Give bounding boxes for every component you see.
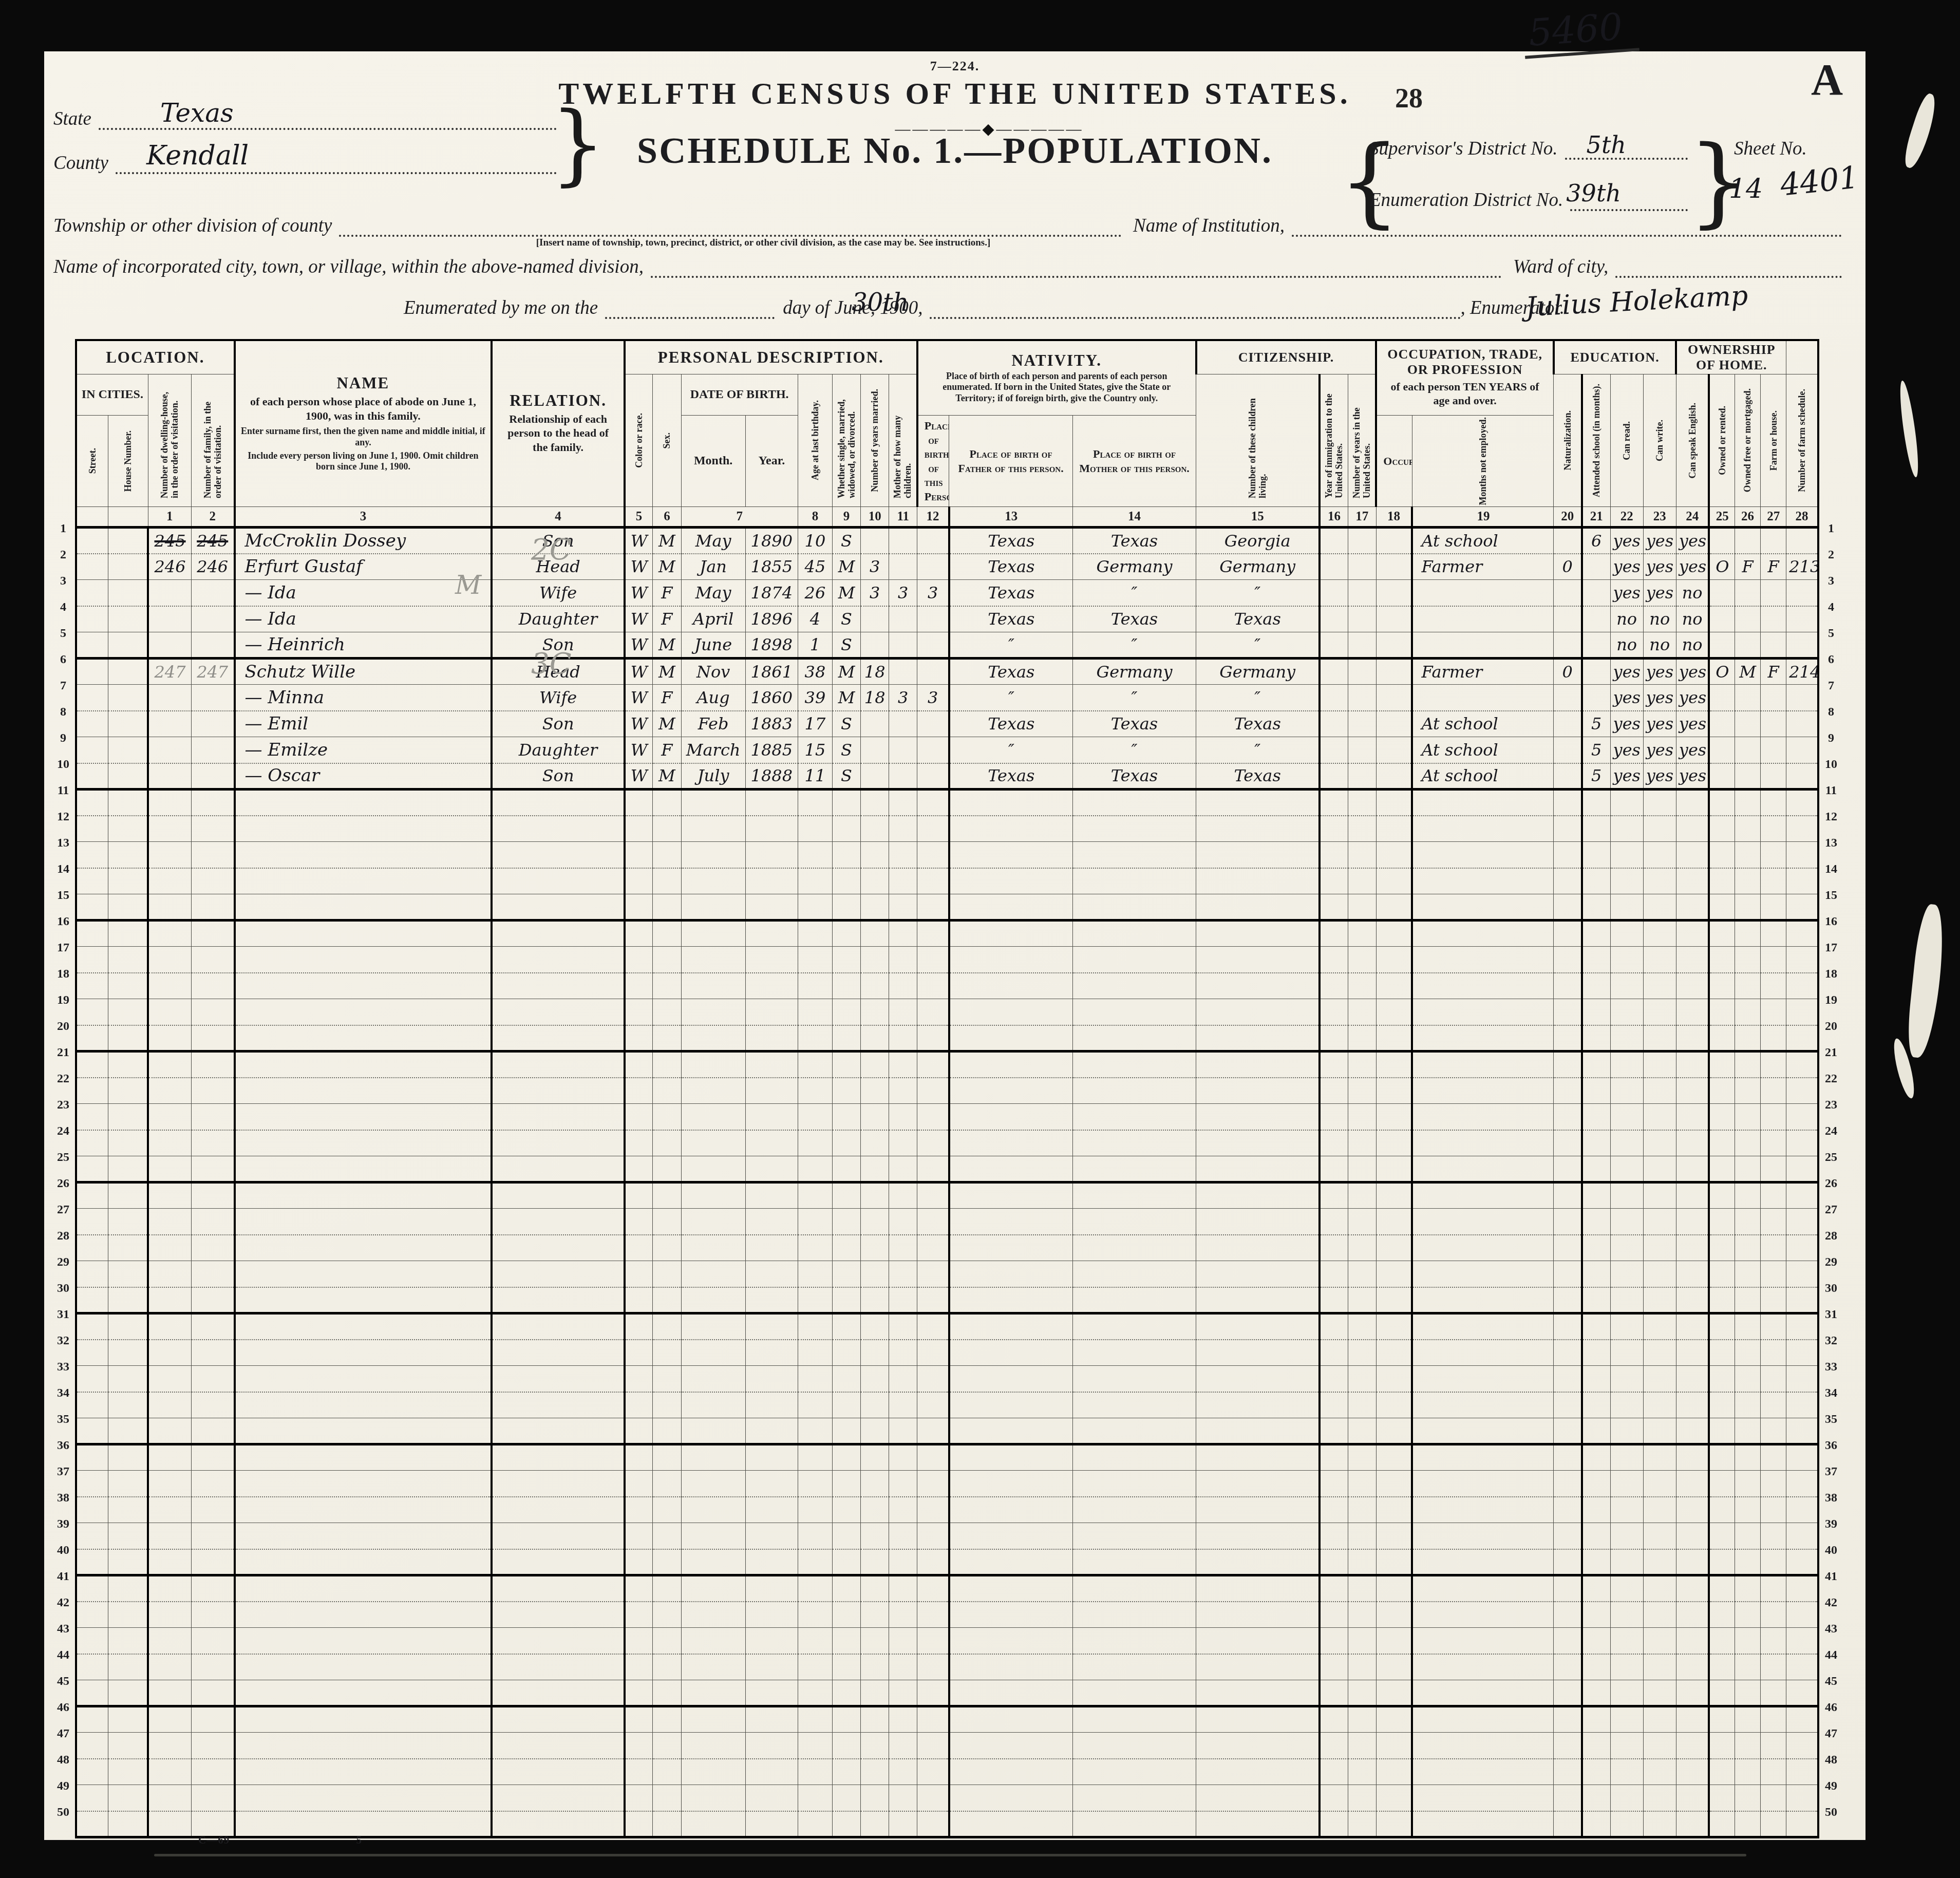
cell-birthplace: ″ <box>949 685 1072 711</box>
cell-farm-house <box>1761 1628 1786 1654</box>
row-number: 15 <box>51 882 75 909</box>
cell-year <box>745 1313 798 1340</box>
cell-immigration <box>1320 1366 1348 1392</box>
cell-children-living <box>917 1078 949 1104</box>
cell-free-mortgaged <box>1735 790 1761 816</box>
cell-birthplace <box>949 999 1072 1025</box>
cell-mother-children <box>889 1471 917 1497</box>
cell-months-not-employed <box>1554 1733 1582 1759</box>
cell-sex: M <box>653 632 681 659</box>
row-number: 33 <box>51 1354 75 1380</box>
cell-year <box>745 1418 798 1444</box>
row-number: 24 <box>1819 1118 1843 1144</box>
cell-marital <box>832 921 860 947</box>
cell-can-speak: yes <box>1676 554 1709 580</box>
handwritten-entry: ″ <box>1008 740 1014 760</box>
cell-can-read <box>1610 1733 1643 1759</box>
cell-months-not-employed <box>1554 1759 1582 1785</box>
cell-marital <box>832 999 860 1025</box>
cell-father-birthplace <box>1072 1313 1196 1340</box>
cell-naturalization <box>1376 790 1412 816</box>
cell-months-not-employed <box>1554 1497 1582 1523</box>
cell-year <box>745 1182 798 1209</box>
cell-sex <box>653 1261 681 1287</box>
handwritten-entry: May <box>695 531 731 551</box>
cell-immigration <box>1320 1497 1348 1523</box>
cell-family <box>191 737 234 763</box>
cell-years-married <box>861 1418 889 1444</box>
cell-color <box>625 1785 653 1811</box>
cell-year: 1883 <box>745 711 798 737</box>
cell-can-write <box>1643 842 1676 868</box>
handwritten-entry: no <box>1682 635 1703 654</box>
form-number: 7—224. <box>44 59 1865 74</box>
cell-owned-rented <box>1709 1680 1735 1706</box>
cell-color <box>625 1235 653 1261</box>
cell-family <box>191 1602 234 1628</box>
cell-owned-rented <box>1709 1628 1735 1654</box>
cell-relation: Wife <box>492 685 624 711</box>
cell-immigration <box>1320 973 1348 999</box>
cell-street <box>76 1261 108 1287</box>
cell-house <box>108 580 148 606</box>
cell-naturalization <box>1376 1706 1412 1733</box>
cell-children-living <box>917 1235 949 1261</box>
cell-color <box>625 1575 653 1602</box>
handwritten-entry: W <box>631 740 648 760</box>
cell-year <box>745 790 798 816</box>
row-number: 23 <box>51 1092 75 1118</box>
cell-farm-house <box>1761 1575 1786 1602</box>
col-father-birthplace-label: Place of birth of Father of this person. <box>950 445 1071 477</box>
cell-marital: S <box>832 606 860 632</box>
cell-mother-birthplace <box>1196 1602 1320 1628</box>
cell-year <box>745 1575 798 1602</box>
cell-dwelling <box>148 999 191 1025</box>
row-number: 16 <box>1819 909 1843 935</box>
handwritten-entry: yes <box>1613 531 1641 551</box>
cell-years-us <box>1348 1575 1376 1602</box>
cell-farm-house <box>1761 1392 1786 1418</box>
cell-mother-birthplace <box>1196 894 1320 921</box>
cell-free-mortgaged <box>1735 1287 1761 1313</box>
cell-can-read <box>1610 1340 1643 1366</box>
brace-state-county: } <box>550 101 606 188</box>
cell-can-read <box>1610 842 1643 868</box>
cell-years-married: 18 <box>861 685 889 711</box>
cell-year <box>745 1392 798 1418</box>
scan-edge-left <box>0 0 44 1878</box>
cell-farm-schedule <box>1786 1025 1818 1051</box>
cell-marital <box>832 1444 860 1471</box>
cell-mother-children <box>889 894 917 921</box>
cell-relation <box>492 1680 624 1706</box>
cell-children-living <box>917 973 949 999</box>
cell-can-speak <box>1676 1313 1709 1340</box>
cell-family <box>191 1366 234 1392</box>
handwritten-entry: Daughter <box>519 609 598 629</box>
handwritten-entry: Schutz Wille <box>245 662 356 682</box>
handwritten-entry: W <box>631 766 648 785</box>
row-number: 8 <box>51 699 75 725</box>
cell-father-birthplace <box>1072 1130 1196 1156</box>
cell-month: April <box>681 606 745 632</box>
cell-family <box>191 1392 234 1418</box>
cell-house <box>108 1392 148 1418</box>
row-number: 13 <box>51 830 75 856</box>
cell-farm-schedule <box>1786 1654 1818 1680</box>
cell-age <box>798 1209 832 1235</box>
cell-year <box>745 1051 798 1078</box>
cell-house <box>108 711 148 737</box>
cell-farm-schedule <box>1786 1628 1818 1654</box>
cell-can-write <box>1643 1628 1676 1654</box>
cell-months-not-employed <box>1554 921 1582 947</box>
cell-father-birthplace <box>1072 1182 1196 1209</box>
cell-father-birthplace: Texas <box>1072 763 1196 790</box>
cell-attended-school <box>1582 1078 1610 1104</box>
cell-children-living <box>917 1549 949 1575</box>
cell-mother-children <box>889 1628 917 1654</box>
cell-birthplace <box>949 1340 1072 1366</box>
cell-color <box>625 790 653 816</box>
cell-years-us <box>1348 1811 1376 1837</box>
township-fill <box>339 235 1122 237</box>
cell-months-not-employed <box>1554 868 1582 894</box>
cell-father-birthplace <box>1072 1785 1196 1811</box>
cell-color: W <box>625 528 653 554</box>
cell-street <box>76 528 108 554</box>
cell-father-birthplace <box>1072 1392 1196 1418</box>
cell-attended-school <box>1582 659 1610 685</box>
cell-months-not-employed <box>1554 894 1582 921</box>
cell-can-speak <box>1676 1104 1709 1130</box>
cell-family <box>191 842 234 868</box>
cell-naturalization <box>1376 999 1412 1025</box>
cell-age <box>798 1130 832 1156</box>
handwritten-entry: Daughter <box>519 740 598 760</box>
handwritten-entry: 3 <box>870 583 880 603</box>
cell-immigration <box>1320 1104 1348 1130</box>
cell-occupation <box>1412 894 1553 921</box>
cell-years-married <box>861 1785 889 1811</box>
cell-naturalization <box>1376 632 1412 659</box>
cell-naturalization <box>1376 947 1412 973</box>
cell-year: 1860 <box>745 685 798 711</box>
handwritten-entry: Texas <box>988 609 1034 629</box>
handwritten-entry: yes <box>1646 714 1673 734</box>
cell-year: 1888 <box>745 763 798 790</box>
cell-owned-rented <box>1709 1759 1735 1785</box>
row-number: 22 <box>51 1066 75 1092</box>
cell-birthplace <box>949 1471 1072 1497</box>
cell-years-married <box>861 632 889 659</box>
handwritten-entry: Texas <box>1111 609 1158 629</box>
cell-free-mortgaged <box>1735 1313 1761 1340</box>
cell-farm-schedule <box>1786 1340 1818 1366</box>
table-row <box>76 947 1818 973</box>
cell-years-married <box>861 711 889 737</box>
cell-owned-rented <box>1709 1313 1735 1340</box>
cell-street <box>76 1340 108 1366</box>
cell-can-read <box>1610 973 1643 999</box>
name-note1: Enter surname first, then the given name… <box>237 425 490 449</box>
cell-years-married <box>861 894 889 921</box>
cell-family <box>191 1471 234 1497</box>
cell-sex <box>653 1287 681 1313</box>
row-number: 41 <box>1819 1564 1843 1590</box>
cell-mother-birthplace <box>1196 1287 1320 1313</box>
table-row <box>76 1340 1818 1366</box>
cell-street <box>76 580 108 606</box>
cell-occupation <box>1412 1366 1553 1392</box>
row-number: 32 <box>1819 1328 1843 1354</box>
handwritten-entry: S <box>841 714 852 734</box>
cell-children-living <box>917 1575 949 1602</box>
cell-immigration <box>1320 1575 1348 1602</box>
cell-family: 247 <box>191 659 234 685</box>
cell-birthplace <box>949 1366 1072 1392</box>
cell-farm-schedule <box>1786 1209 1818 1235</box>
cell-year <box>745 1680 798 1706</box>
handwritten-entry: O <box>1716 662 1729 682</box>
cell-name <box>235 1549 492 1575</box>
cell-relation <box>492 842 624 868</box>
cell-birthplace <box>949 1602 1072 1628</box>
cell-can-write <box>1643 1025 1676 1051</box>
row-number: 50 <box>1819 1799 1843 1826</box>
cell-free-mortgaged <box>1735 816 1761 842</box>
handwritten-entry: M <box>1739 662 1756 682</box>
cell-sex <box>653 1051 681 1078</box>
cell-farm-house <box>1761 1130 1786 1156</box>
county-fill-line: Kendall <box>116 172 557 174</box>
cell-street <box>76 1287 108 1313</box>
cell-mother-birthplace <box>1196 1418 1320 1444</box>
cell-name: — Ida <box>235 580 492 606</box>
cell-dwelling <box>148 1575 191 1602</box>
cell-can-speak <box>1676 1602 1709 1628</box>
cell-month <box>681 1575 745 1602</box>
cell-name <box>235 1182 492 1209</box>
cell-relation <box>492 1471 624 1497</box>
cell-marital <box>832 1785 860 1811</box>
cell-children-living <box>917 921 949 947</box>
cell-can-read: yes <box>1610 554 1643 580</box>
row-number: 40 <box>51 1537 75 1564</box>
cell-street <box>76 659 108 685</box>
cell-mother-children <box>889 1444 917 1471</box>
handwritten-entry: Texas <box>1111 766 1158 785</box>
col-farm-house-label: Farm or house. <box>1768 410 1779 471</box>
cell-owned-rented <box>1709 1261 1735 1287</box>
handwritten-entry: — Emil <box>245 713 309 734</box>
table-row <box>76 1602 1818 1628</box>
cell-occupation <box>1412 1235 1553 1261</box>
cell-age <box>798 999 832 1025</box>
table-row <box>76 1628 1818 1654</box>
cell-street <box>76 790 108 816</box>
sheet-no-extra: 4401 <box>1779 159 1860 203</box>
cell-farm-schedule <box>1786 1078 1818 1104</box>
row-number: 20 <box>1819 1013 1843 1040</box>
cell-mother-birthplace <box>1196 947 1320 973</box>
cell-can-read: yes <box>1610 711 1643 737</box>
cell-farm-house <box>1761 580 1786 606</box>
cell-birthplace: ″ <box>949 632 1072 659</box>
cell-years-us <box>1348 999 1376 1025</box>
cell-sex <box>653 1392 681 1418</box>
handwritten-entry: 1888 <box>751 766 793 785</box>
cell-attended-school <box>1582 632 1610 659</box>
cell-sex <box>653 1759 681 1785</box>
cell-years-married <box>861 1025 889 1051</box>
cell-house <box>108 999 148 1025</box>
cell-immigration <box>1320 999 1348 1025</box>
cell-occupation <box>1412 1785 1553 1811</box>
cell-mother-children <box>889 973 917 999</box>
cell-mother-birthplace: Texas <box>1196 711 1320 737</box>
cell-house <box>108 685 148 711</box>
cell-father-birthplace: ″ <box>1072 632 1196 659</box>
cell-month <box>681 1759 745 1785</box>
cell-marital <box>832 816 860 842</box>
cell-attended-school <box>1582 1156 1610 1182</box>
cell-father-birthplace: Texas <box>1072 606 1196 632</box>
cell-marital <box>832 1340 860 1366</box>
cell-mother-children <box>889 1497 917 1523</box>
cell-father-birthplace <box>1072 1209 1196 1235</box>
cell-farm-schedule <box>1786 1182 1818 1209</box>
cell-age <box>798 1313 832 1340</box>
cell-month <box>681 1182 745 1209</box>
cell-occupation <box>1412 580 1553 606</box>
cell-naturalization <box>1376 1130 1412 1156</box>
cell-can-write <box>1643 999 1676 1025</box>
institution-field: Name of Institution, <box>1133 215 1842 237</box>
cell-sex: F <box>653 606 681 632</box>
handwritten-entry: F <box>661 583 672 603</box>
cell-owned-rented <box>1709 790 1735 816</box>
cell-immigration <box>1320 842 1348 868</box>
cell-naturalization <box>1376 1235 1412 1261</box>
enumerator-signature: Julius Holekamp <box>1525 280 1749 323</box>
cell-dwelling <box>148 1051 191 1078</box>
cell-farm-schedule <box>1786 1130 1818 1156</box>
cell-months-not-employed <box>1554 1811 1582 1837</box>
row-number: 4 <box>51 594 75 621</box>
row-number: 20 <box>51 1013 75 1040</box>
table-row <box>76 1078 1818 1104</box>
cell-dwelling <box>148 1602 191 1628</box>
cell-free-mortgaged <box>1735 1706 1761 1733</box>
cell-can-read <box>1610 1392 1643 1418</box>
cell-month <box>681 1628 745 1654</box>
cell-years-married <box>861 1575 889 1602</box>
cell-dwelling <box>148 947 191 973</box>
cell-can-write <box>1643 1287 1676 1313</box>
cell-free-mortgaged <box>1735 737 1761 763</box>
cell-occupation <box>1412 1104 1553 1130</box>
cell-year <box>745 1235 798 1261</box>
cell-immigration <box>1320 606 1348 632</box>
cell-marital <box>832 1471 860 1497</box>
cell-age <box>798 790 832 816</box>
handwritten-entry: Farmer <box>1421 662 1482 682</box>
col-year-label: Year. <box>758 454 785 467</box>
cell-years-us <box>1348 1418 1376 1444</box>
cell-owned-rented <box>1709 1497 1735 1523</box>
cell-family <box>191 1313 234 1340</box>
cell-farm-house <box>1761 1444 1786 1471</box>
cell-can-speak <box>1676 790 1709 816</box>
cell-farm-schedule <box>1786 1549 1818 1575</box>
cell-mother-children <box>889 528 917 554</box>
cell-dwelling: 247 <box>148 659 191 685</box>
cell-years-us <box>1348 921 1376 947</box>
scan-edge-right <box>1865 0 1960 1878</box>
cell-family <box>191 790 234 816</box>
handwritten-entry: M <box>838 583 855 603</box>
cell-years-us <box>1348 1025 1376 1051</box>
cell-house <box>108 606 148 632</box>
cell-family <box>191 1287 234 1313</box>
cell-name <box>235 1156 492 1182</box>
cell-month <box>681 921 745 947</box>
cell-children-living <box>917 1340 949 1366</box>
cell-family <box>191 1654 234 1680</box>
cell-age <box>798 842 832 868</box>
cell-mother-birthplace <box>1196 868 1320 894</box>
cell-house <box>108 1209 148 1235</box>
cell-sex <box>653 1733 681 1759</box>
cell-can-write <box>1643 1759 1676 1785</box>
handwritten-entry: ″ <box>1008 635 1014 654</box>
cell-age: 11 <box>798 763 832 790</box>
handwritten-entry: 3 <box>928 688 938 707</box>
cell-can-read <box>1610 1602 1643 1628</box>
cell-birthplace <box>949 1051 1072 1078</box>
cell-mother-birthplace <box>1196 1471 1320 1497</box>
cell-free-mortgaged <box>1735 528 1761 554</box>
table-row <box>76 1706 1818 1733</box>
cell-farm-house <box>1761 816 1786 842</box>
cell-mother-children <box>889 763 917 790</box>
cell-can-write <box>1643 1418 1676 1444</box>
cell-years-us <box>1348 632 1376 659</box>
cell-occupation <box>1412 868 1553 894</box>
cell-family <box>191 1261 234 1287</box>
cell-age: 4 <box>798 606 832 632</box>
handwritten-entry: Wife <box>539 688 577 707</box>
cell-father-birthplace <box>1072 894 1196 921</box>
cell-can-speak <box>1676 1156 1709 1182</box>
cell-occupation <box>1412 1313 1553 1340</box>
cell-sex <box>653 1418 681 1444</box>
row-number: 44 <box>51 1642 75 1668</box>
cell-farm-house <box>1761 685 1786 711</box>
cell-house <box>108 894 148 921</box>
cell-street <box>76 632 108 659</box>
cell-name <box>235 894 492 921</box>
row-number: 1 <box>51 516 75 542</box>
cell-months-not-employed <box>1554 1078 1582 1104</box>
cell-mother-children <box>889 1051 917 1078</box>
cell-dwelling <box>148 921 191 947</box>
cell-occupation <box>1412 1680 1553 1706</box>
cell-attended-school <box>1582 1025 1610 1051</box>
cell-marital <box>832 1313 860 1340</box>
